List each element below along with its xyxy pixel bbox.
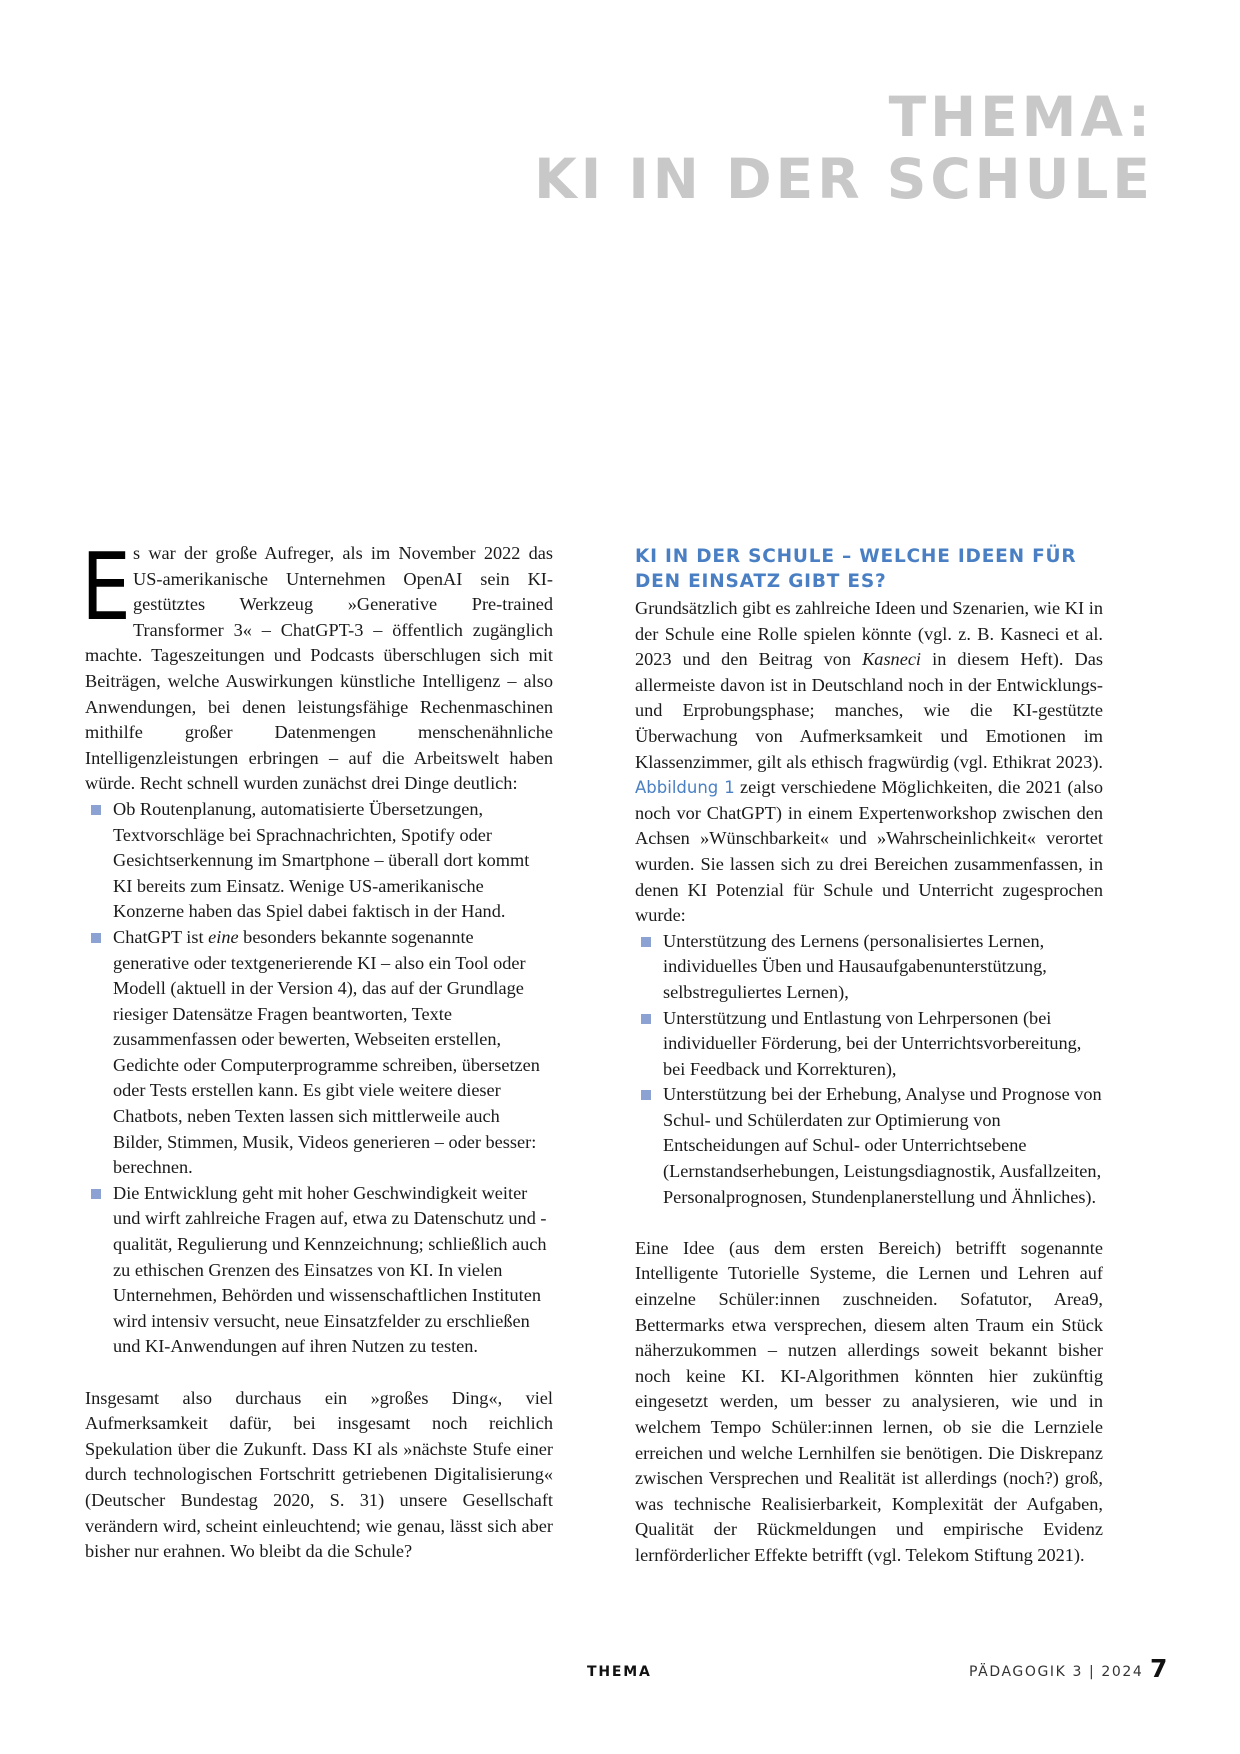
intro-text: s war der große Aufreger, als im Novembe… <box>85 543 553 793</box>
square-bullet-icon <box>91 1189 101 1199</box>
square-bullet-icon <box>91 805 101 815</box>
list-item: ChatGPT ist eine besonders bekannte soge… <box>85 925 553 1181</box>
list-item-text: Unterstützung bei der Erhebung, Analyse … <box>663 1084 1102 1206</box>
square-bullet-icon <box>91 933 101 943</box>
square-bullet-icon <box>641 1090 651 1100</box>
body-paragraph: Grundsätzlich gibt es zahlreiche Ideen u… <box>635 596 1103 929</box>
page-title-line-1: THEMA: <box>534 86 1154 148</box>
footer-section-label: THEMA <box>587 1664 652 1680</box>
list-item: Unterstützung des Lernens (personalisier… <box>635 929 1103 1006</box>
square-bullet-icon <box>641 937 651 947</box>
drop-cap: E <box>81 551 118 623</box>
left-bullet-list: Ob Routenplanung, automatisierte Überset… <box>85 797 553 1360</box>
list-item: Die Entwicklung geht mit hoher Geschwind… <box>85 1181 553 1360</box>
list-item-text: Ob Routenplanung, automatisierte Überset… <box>113 799 529 921</box>
list-item-text: Unterstützung und Entlastung von Lehrper… <box>663 1008 1081 1079</box>
page-title: THEMA: KI IN DER SCHULE <box>534 86 1154 210</box>
intro-paragraph: Es war der große Aufreger, als im Novemb… <box>85 541 553 797</box>
square-bullet-icon <box>641 1014 651 1024</box>
body-paragraph: Eine Idee (aus dem ersten Bereich) betri… <box>635 1236 1103 1569</box>
emphasis-text: Kasneci <box>862 649 921 669</box>
list-item-text: Unterstützung des Lernens (personalisier… <box>663 931 1047 1002</box>
footer-publication: PÄDAGOGIK 3 | 2024 <box>969 1664 1143 1680</box>
list-item-text: Die Entwicklung geht mit hoher Geschwind… <box>113 1183 547 1357</box>
page-title-line-2: KI IN DER SCHULE <box>534 148 1154 210</box>
figure-reference-link[interactable]: Abbildung 1 <box>635 778 735 797</box>
right-bullet-list: Unterstützung des Lernens (personalisier… <box>635 929 1103 1211</box>
list-item-text: ChatGPT ist <box>113 927 208 947</box>
paragraph-text: zeigt verschiedene Möglichkeiten, die 20… <box>635 777 1103 925</box>
closing-paragraph: Insgesamt also durchaus ein »großes Ding… <box>85 1386 553 1565</box>
left-column: Es war der große Aufreger, als im Novemb… <box>85 541 553 1565</box>
emphasis-text: eine <box>208 927 238 947</box>
page-number: 7 <box>1150 1654 1167 1683</box>
section-heading: KI IN DER SCHULE – WELCHE IDEEN FÜR DEN … <box>635 544 1103 594</box>
list-item: Unterstützung bei der Erhebung, Analyse … <box>635 1082 1103 1210</box>
list-item: Ob Routenplanung, automatisierte Überset… <box>85 797 553 925</box>
list-item: Unterstützung und Entlastung von Lehrper… <box>635 1006 1103 1083</box>
right-column: KI IN DER SCHULE – WELCHE IDEEN FÜR DEN … <box>635 541 1103 1569</box>
list-item-text: besonders bekannte sogenannte generative… <box>113 927 540 1177</box>
